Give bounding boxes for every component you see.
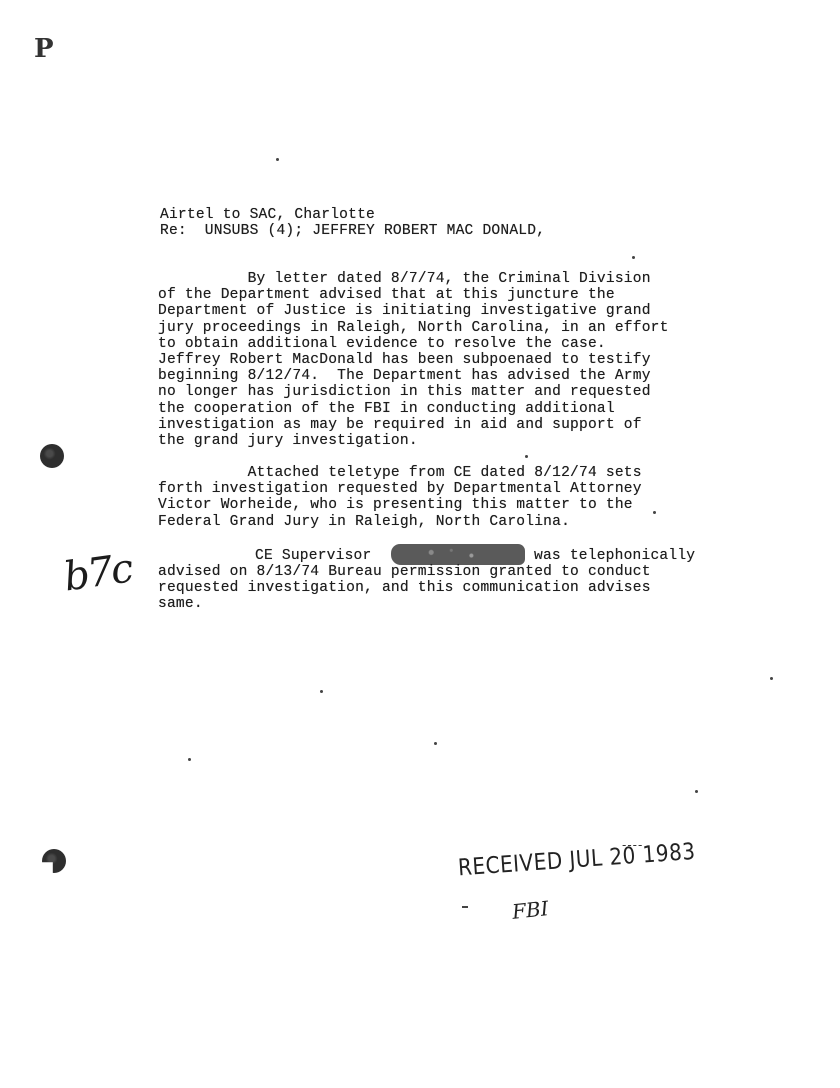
speck xyxy=(320,690,323,693)
text-line: Attached teletype from CE dated 8/12/74 … xyxy=(158,465,642,481)
document-header: Airtel to SAC, CharlotteRe: UNSUBS (4); … xyxy=(160,207,545,239)
punch-hole xyxy=(40,444,64,468)
text-line: to obtain additional evidence to resolve… xyxy=(158,336,669,352)
header-subject: Re: UNSUBS (4); JEFFREY ROBERT MAC DONAL… xyxy=(160,223,545,239)
text-line: By letter dated 8/7/74, the Criminal Div… xyxy=(158,271,669,287)
stamp-signature: FBI xyxy=(511,896,550,924)
text-line: investigation as may be required in aid … xyxy=(158,417,669,433)
speck xyxy=(632,256,635,259)
margin-handwriting: b7c xyxy=(62,548,134,597)
paragraph-3-first-line: CE Supervisor xyxy=(255,548,371,564)
stamp-mark xyxy=(462,906,468,908)
text-line: Federal Grand Jury in Raleigh, North Car… xyxy=(158,514,642,530)
paragraph-3: advised on 8/13/74 Bureau permission gra… xyxy=(158,564,651,613)
text-line: jury proceedings in Raleigh, North Carol… xyxy=(158,320,669,336)
text-line: advised on 8/13/74 Bureau permission gra… xyxy=(158,564,651,580)
text-line: of the Department advised that at this j… xyxy=(158,287,669,303)
speck xyxy=(525,455,528,458)
text-line: Department of Justice is initiating inve… xyxy=(158,303,669,319)
paragraph-2: Attached teletype from CE dated 8/12/74 … xyxy=(158,465,642,530)
speck xyxy=(653,511,656,514)
text-line: no longer has jurisdiction in this matte… xyxy=(158,384,669,400)
text-line: same. xyxy=(158,596,651,612)
text-line: Jeffrey Robert MacDonald has been subpoe… xyxy=(158,352,669,368)
speck xyxy=(434,742,437,745)
speck xyxy=(770,677,773,680)
speck xyxy=(695,790,698,793)
text-line: beginning 8/12/74. The Department has ad… xyxy=(158,368,669,384)
corner-mark: P xyxy=(34,36,54,62)
paragraph-1: By letter dated 8/7/74, the Criminal Div… xyxy=(158,271,669,449)
text-line: forth investigation requested by Departm… xyxy=(158,481,642,497)
text-after-redaction: was telephonically xyxy=(534,548,695,564)
text-line: the cooperation of the FBI in conducting… xyxy=(158,401,669,417)
redaction-block xyxy=(391,544,525,565)
text-line: requested investigation, and this commun… xyxy=(158,580,651,596)
text-before-redaction: CE Supervisor xyxy=(255,548,371,564)
received-stamp: RECEIVED JUL 20 1983 xyxy=(457,838,696,880)
punch-hole xyxy=(42,849,66,873)
text-line: Victor Worheide, who is presenting this … xyxy=(158,497,642,513)
speck xyxy=(276,158,279,161)
document-page: P Airtel to SAC, CharlotteRe: UNSUBS (4)… xyxy=(0,0,840,1088)
speck xyxy=(188,758,191,761)
header-addressee: Airtel to SAC, Charlotte xyxy=(160,207,545,223)
text-line: the grand jury investigation. xyxy=(158,433,669,449)
